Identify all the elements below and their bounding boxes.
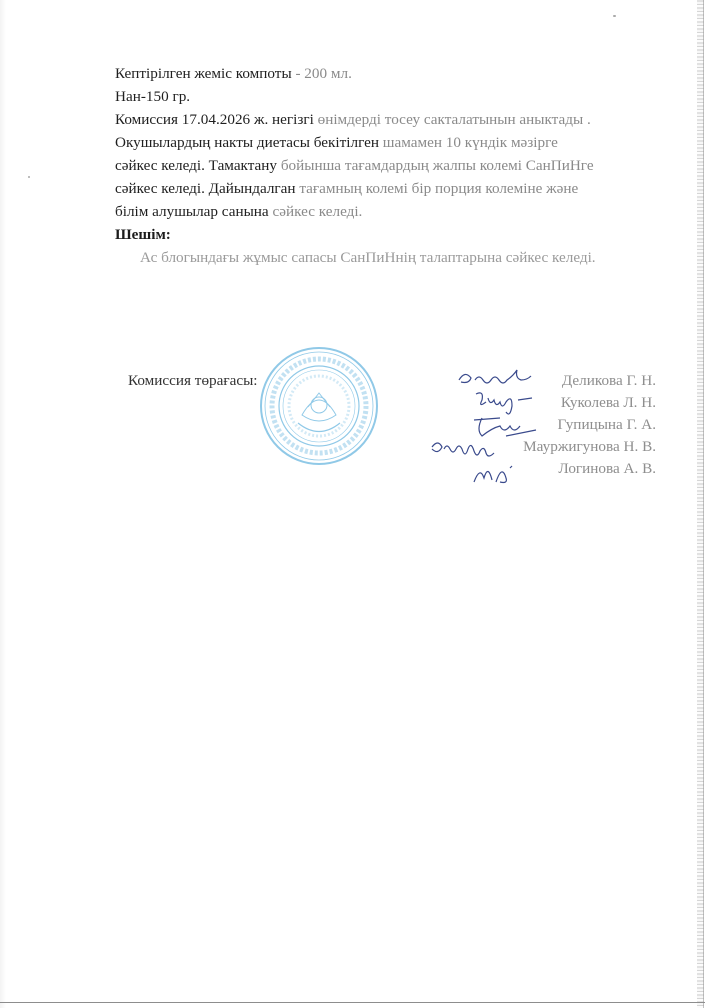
text-segment: сәйкес келеді. Дайындалган <box>115 180 299 197</box>
text-line-4: Окушылардың накты диетасы бекітілген шам… <box>115 131 675 154</box>
text-line-3: Комиссия 17.04.2026 ж. негізгі өнімдерді… <box>115 108 675 131</box>
text-segment: сәйкес келеді. Тамактану <box>115 157 281 174</box>
text-segment: - 200 мл. <box>292 65 352 82</box>
text-segment: білім алушылар санына <box>115 203 272 220</box>
scan-left-edge <box>0 0 6 1008</box>
signature-icon <box>470 388 550 416</box>
text-segment: Нан-150 гр. <box>115 88 190 105</box>
signature-icon <box>455 368 545 390</box>
text-line-2: Нан-150 гр. <box>115 85 675 108</box>
text-line-7: білім алушылар санына сәйкес келеді. <box>115 200 675 223</box>
scan-right-edge-line <box>703 0 704 1008</box>
text-line-5: сәйкес келеді. Тамактану бойынша тағамда… <box>115 154 675 177</box>
chair-label: Комиссия төрағасы: <box>128 372 258 390</box>
text-segment: бойынша тағамдардың жалпы колемі СанПиНг… <box>281 157 594 174</box>
signature-icon <box>428 437 518 461</box>
text-line-1: Кептірілген жеміс компоты - 200 мл. <box>115 62 675 85</box>
document-body: Кептірілген жеміс компоты - 200 мл. Нан-… <box>115 62 675 269</box>
scan-speck <box>28 176 30 178</box>
text-segment: сәйкес келеді. <box>272 203 362 220</box>
decision-heading: Шешім: <box>115 223 675 246</box>
member-name: Логинова А. В. <box>523 458 656 480</box>
text-segment: Кептірілген жеміс компоты <box>115 65 292 82</box>
scan-speck <box>613 15 616 17</box>
text-segment: шамамен 10 күндік мәзірге <box>383 134 558 151</box>
scanned-page: Кептірілген жеміс компоты - 200 мл. Нан-… <box>0 0 713 1008</box>
text-segment: тағамның колемі бір порция колеміне және <box>299 180 578 197</box>
text-segment: Комиссия 17.04.2026 ж. негізгі <box>115 111 318 128</box>
text-line-6: сәйкес келеді. Дайындалган тағамның коле… <box>115 177 675 200</box>
text-segment: өнімдерді тосеу сакталатынын аныктады . <box>318 111 591 128</box>
signature-icon <box>470 460 530 486</box>
text-segment: Окушылардың накты диетасы бекітілген <box>115 134 383 151</box>
scan-bottom-edge <box>0 1002 705 1003</box>
official-stamp-icon <box>258 345 380 467</box>
decision-text: Ас блогындағы жұмыс сапасы СанПиНнің тал… <box>115 246 675 269</box>
